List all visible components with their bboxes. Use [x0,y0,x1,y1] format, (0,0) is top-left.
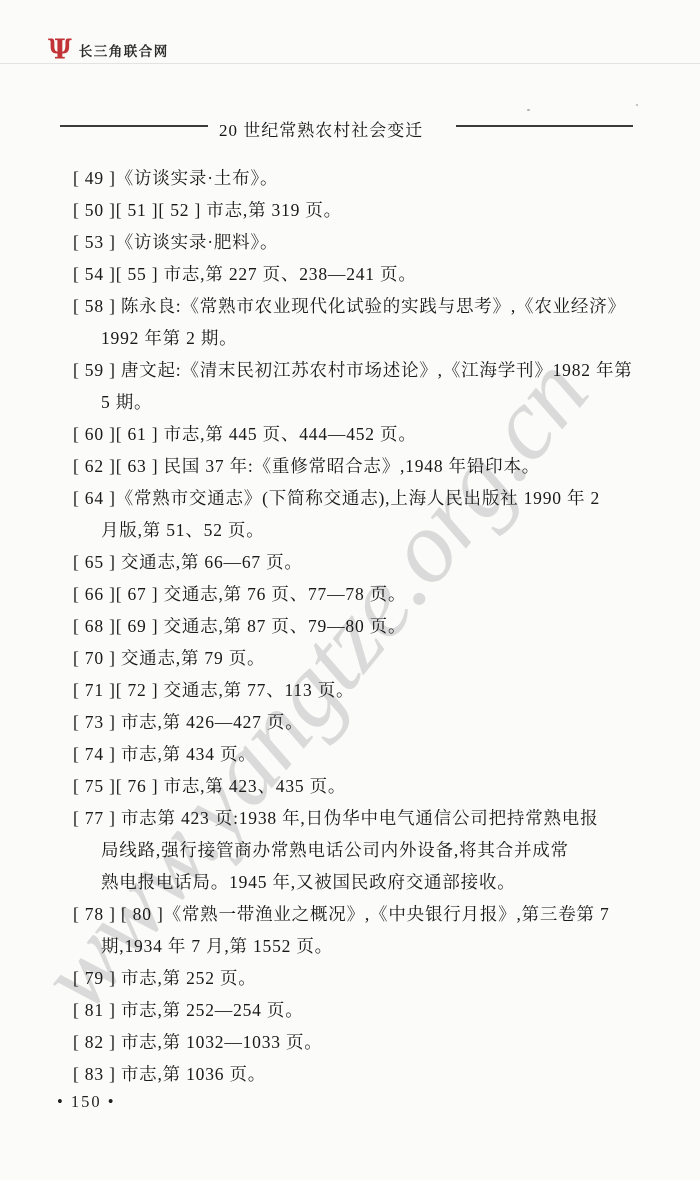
reference-line: [ 82 ] 市志,第 1032—1033 页。 [73,1026,673,1058]
reference-line: [ 68 ][ 69 ] 交通志,第 87 页、79—80 页。 [73,610,673,642]
reference-line: [ 65 ] 交通志,第 66—67 页。 [73,546,673,578]
reference-line: [ 77 ] 市志第 423 页:1938 年,日伪华中电气通信公司把持常熟电报 [73,802,673,834]
reference-line-continuation: 月版,第 51、52 页。 [101,514,673,546]
reference-line-continuation: 局线路,强行接管商办常熟电话公司内外设备,将其合并成常 [101,834,673,866]
reference-line: [ 49 ]《访谈实录·土布》。 [73,162,673,194]
page-title: 20 世纪常熟农村社会变迁 [219,116,423,141]
reference-line: [ 62 ][ 63 ] 民国 37 年:《重修常昭合志》,1948 年铅印本。 [73,450,673,482]
reference-line: [ 50 ][ 51 ][ 52 ] 市志,第 319 页。 [73,194,673,226]
reference-line: [ 60 ][ 61 ] 市志,第 445 页、444—452 页。 [73,418,673,450]
references-list: [ 49 ]《访谈实录·土布》。[ 50 ][ 51 ][ 52 ] 市志,第 … [73,162,673,1090]
reference-line: [ 53 ]《访谈实录·肥料》。 [73,226,673,258]
reference-line-continuation: 1992 年第 2 期。 [101,322,673,354]
reference-line: [ 70 ] 交通志,第 79 页。 [73,642,673,674]
site-header: Ψ 长三角联合网 [48,36,169,64]
reference-line-continuation: 熟电报电话局。1945 年,又被国民政府交通部接收。 [101,866,673,898]
running-head-rule-left [60,125,208,127]
reference-line: [ 66 ][ 67 ] 交通志,第 76 页、77—78 页。 [73,578,673,610]
reference-line-continuation: 期,1934 年 7 月,第 1552 页。 [101,930,673,962]
reference-line: [ 74 ] 市志,第 434 页。 [73,738,673,770]
reference-line: [ 81 ] 市志,第 252—254 页。 [73,994,673,1026]
reference-line: [ 71 ][ 72 ] 交通志,第 77、113 页。 [73,674,673,706]
yangtze-logo-icon: Ψ [48,36,72,63]
scan-speck [527,109,530,111]
reference-line: [ 58 ] 陈永良:《常熟市农业现代化试验的实践与思考》,《农业经济》 [73,290,673,322]
reference-line: [ 73 ] 市志,第 426—427 页。 [73,706,673,738]
reference-line-continuation: 5 期。 [101,386,673,418]
running-head-rule-right [456,125,633,127]
reference-line: [ 59 ] 唐文起:《清末民初江苏农村市场述论》,《江海学刊》1982 年第 [73,354,673,386]
reference-line: [ 83 ] 市志,第 1036 页。 [73,1058,673,1090]
reference-line: [ 78 ] [ 80 ]《常熟一带渔业之概况》,《中央银行月报》,第三卷第 7 [73,898,673,930]
reference-line: [ 64 ]《常熟市交通志》(下简称交通志),上海人民出版社 1990 年 2 [73,482,673,514]
page-number: • 150 • [57,1092,116,1112]
scan-speck [636,104,638,106]
reference-line: [ 75 ][ 76 ] 市志,第 423、435 页。 [73,770,673,802]
reference-line: [ 54 ][ 55 ] 市志,第 227 页、238—241 页。 [73,258,673,290]
reference-line: [ 79 ] 市志,第 252 页。 [73,962,673,994]
site-name: 长三角联合网 [79,40,169,60]
